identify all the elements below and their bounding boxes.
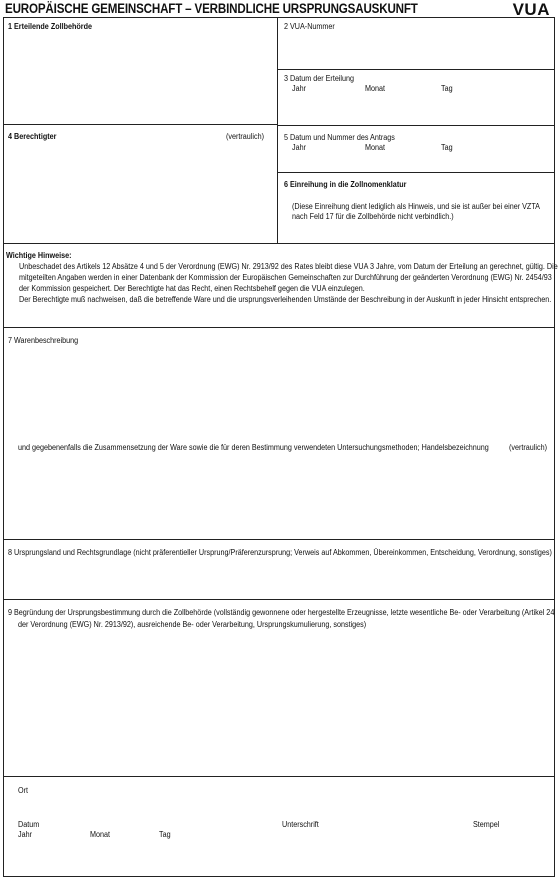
field-4-label: 4 Berechtigter [8, 132, 56, 141]
notes-heading: Wichtige Hinweise: [6, 251, 72, 260]
field-7-sub: und gegebenenfalls die Zusammensetzung d… [18, 443, 489, 452]
field-5-label: 5 Datum und Nummer des Antrags [284, 133, 395, 142]
signature-block[interactable]: Ort Datum Jahr Monat Tag Unterschrift St… [3, 776, 555, 877]
date-year: Jahr [18, 830, 32, 839]
field-5-year: Jahr [292, 143, 306, 152]
form-title: EUROPÄISCHE GEMEINSCHAFT – VERBINDLICHE … [5, 1, 418, 16]
field-5-day: Tag [441, 143, 453, 152]
field-3-label: 3 Datum der Erteilung [284, 74, 354, 83]
field-2-vua-number[interactable]: 2 VUA-Nummer [277, 17, 555, 70]
field-6-note-line1: (Diese Einreihung dient lediglich als Hi… [292, 202, 540, 211]
field-6-label: 6 Einreihung in die Zollnomenklatur [284, 180, 406, 189]
field-7-note: (vertraulich) [509, 443, 547, 452]
field-6-classification[interactable]: 6 Einreihung in die Zollnomenklatur (Die… [277, 172, 555, 244]
field-8-origin-country[interactable]: 8 Ursprungsland und Rechtsgrundlage (nic… [3, 539, 555, 600]
field-8-label: 8 Ursprungsland und Rechtsgrundlage (nic… [8, 548, 552, 557]
field-4-note: (vertraulich) [226, 132, 264, 141]
notes-line: Unbeschadet des Artikels 12 Absätze 4 un… [19, 262, 558, 271]
field-3-month: Monat [365, 84, 385, 93]
stamp-label: Stempel [473, 820, 499, 829]
field-7-label: 7 Warenbeschreibung [8, 336, 78, 345]
field-5-month: Monat [365, 143, 385, 152]
date-label: Datum [18, 820, 39, 829]
notes-line: Der Berechtigte muß nachweisen, daß die … [19, 295, 551, 304]
important-notes: Wichtige Hinweise: Unbeschadet des Artik… [3, 243, 555, 328]
field-3-year: Jahr [292, 84, 306, 93]
field-1-label: 1 Erteilende Zollbehörde [8, 22, 92, 31]
field-6-note-line2: nach Feld 17 für die Zollbehörde nicht v… [292, 212, 454, 221]
field-9-justification[interactable]: 9 Begründung der Ursprungsbestimmung dur… [3, 599, 555, 777]
field-9-line1: 9 Begründung der Ursprungsbestimmung dur… [8, 608, 554, 617]
date-month: Monat [90, 830, 110, 839]
place-label: Ort [18, 786, 28, 795]
field-2-label: 2 VUA-Nummer [284, 22, 335, 31]
field-5-application[interactable]: 5 Datum und Nummer des Antrags Jahr Mona… [277, 125, 555, 173]
notes-line: mitgeteilten Angaben werden in einer Dat… [19, 273, 552, 282]
field-9-line2: der Verordnung (EWG) Nr. 2913/92), ausre… [18, 620, 366, 629]
field-3-issue-date[interactable]: 3 Datum der Erteilung Jahr Monat Tag [277, 69, 555, 126]
signature-label: Unterschrift [282, 820, 319, 829]
field-1-issuing-authority[interactable]: 1 Erteilende Zollbehörde [3, 17, 278, 125]
field-7-goods-description[interactable]: 7 Warenbeschreibung und gegebenenfalls d… [3, 327, 555, 540]
field-3-day: Tag [441, 84, 453, 93]
date-day: Tag [159, 830, 171, 839]
field-4-holder[interactable]: 4 Berechtigter (vertraulich) [3, 124, 278, 244]
notes-line: der Kommission gespeichert. Der Berechti… [19, 284, 365, 293]
